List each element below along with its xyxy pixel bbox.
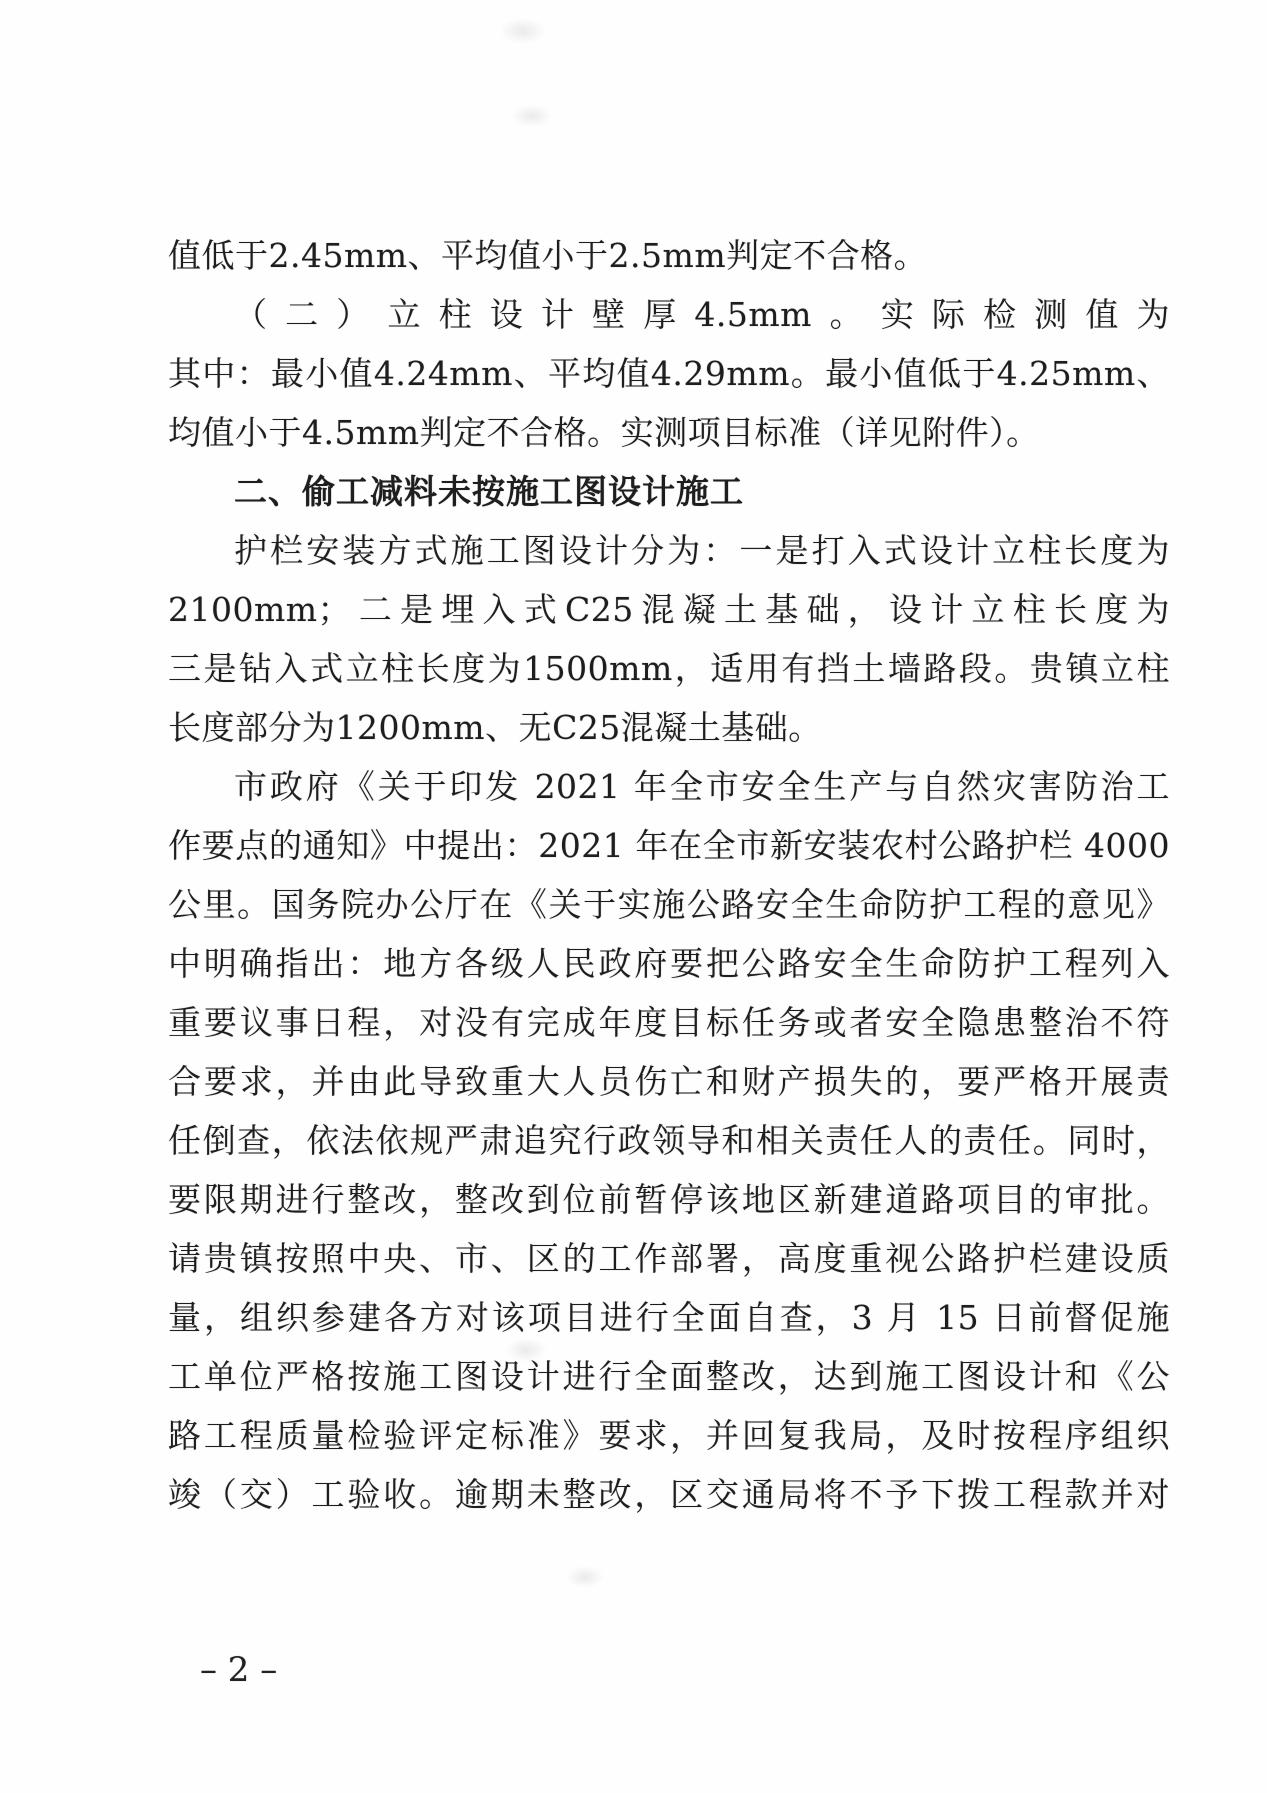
text-line: 三是钻入式立柱长度为1500mm，适用有挡土墙路段。贵镇立柱 <box>168 639 1170 698</box>
text-line: 工单位严格按施工图设计进行全面整改，达到施工图设计和《公 <box>168 1347 1170 1406</box>
text-line: 重要议事日程，对没有完成年度目标任务或者安全隐患整治不符 <box>168 993 1170 1052</box>
text-line: （二）立柱设计壁厚4.5mm。实际检测值为4.24mm~4.34mm， <box>168 285 1170 344</box>
document-body: 值低于2.45mm、平均值小于2.5mm判定不合格。（二）立柱设计壁厚4.5mm… <box>168 226 1170 1524</box>
text-line: 中明确指出：地方各级人民政府要把公路安全生命防护工程列入 <box>168 934 1170 993</box>
scan-artifact <box>512 105 552 127</box>
text-line: 市政府《关于印发 2021 年全市安全生产与自然灾害防治工 <box>168 757 1170 816</box>
text-line: 量，组织参建各方对该项目进行全面自查，3 月 15 日前督促施 <box>168 1288 1170 1347</box>
text-line: 护栏安装方式施工图设计分为：一是打入式设计立柱长度为 <box>168 521 1170 580</box>
text-line: 请贵镇按照中央、市、区的工作部署，高度重视公路护栏建设质 <box>168 1229 1170 1288</box>
text-line: 公里。国务院办公厅在《关于实施公路安全生命防护工程的意见》 <box>168 875 1170 934</box>
scan-artifact <box>500 18 546 44</box>
text-line: 合要求，并由此导致重大人员伤亡和财产损失的，要严格开展责 <box>168 1052 1170 1111</box>
text-line: 2100mm；二是埋入式C25混凝土基础，设计立柱长度为1200mm； <box>168 580 1170 639</box>
section-heading: 二、偷工减料未按施工图设计施工 <box>168 462 1170 521</box>
text-line: 均值小于4.5mm判定不合格。实测项目标准（详见附件）。 <box>168 403 1170 462</box>
text-line: 值低于2.45mm、平均值小于2.5mm判定不合格。 <box>168 226 1170 285</box>
text-line: 要限期进行整改，整改到位前暂停该地区新建道路项目的审批。 <box>168 1170 1170 1229</box>
document-page: 值低于2.45mm、平均值小于2.5mm判定不合格。（二）立柱设计壁厚4.5mm… <box>0 0 1267 1793</box>
text-line: 竣（交）工验收。逾期未整改，区交通局将不予下拨工程款并对 <box>168 1465 1170 1524</box>
text-line: 长度部分为1200mm、无C25混凝土基础。 <box>168 698 1170 757</box>
text-line: 路工程质量检验评定标准》要求，并回复我局，及时按程序组织 <box>168 1406 1170 1465</box>
text-line: 任倒查，依法依规严肃追究行政领导和相关责任人的责任。同时， <box>168 1111 1170 1170</box>
scan-artifact <box>566 1566 604 1588</box>
page-number: – 2 – <box>200 1648 277 1692</box>
text-line: 作要点的通知》中提出：2021 年在全市新安装农村公路护栏 4000 <box>168 816 1170 875</box>
text-line: 其中：最小值4.24mm、平均值4.29mm。最小值低于4.25mm、平 <box>168 344 1170 403</box>
